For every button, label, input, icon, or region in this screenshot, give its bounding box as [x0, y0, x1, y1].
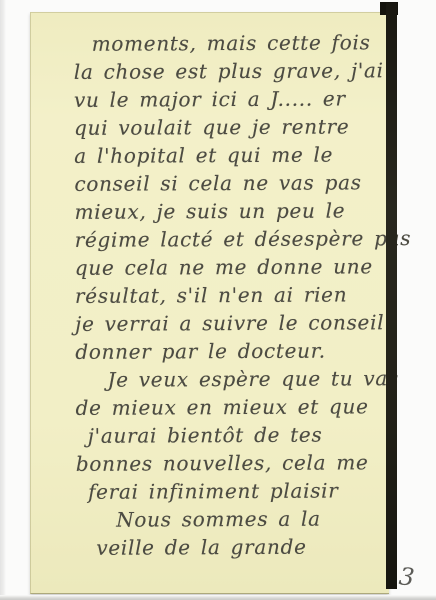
- letter-line: vu le major ici a J..... er: [74, 84, 410, 114]
- letter-line: ferai infiniment plaisir: [76, 476, 412, 506]
- letter-body: moments, mais cette fois la chose est pl…: [74, 28, 413, 562]
- letter-line: donner par le docteur.: [75, 336, 411, 366]
- letter-line: Nous sommes a la: [76, 504, 412, 534]
- letter-line: bonnes nouvelles, cela me: [76, 448, 412, 478]
- letter-line: a l'hopital et qui me le: [74, 140, 410, 170]
- letter-line: régime lacté et désespère pas: [75, 224, 411, 254]
- scanner-edge-left: [0, 0, 6, 600]
- letter-line: de mieux en mieux et que: [76, 392, 412, 422]
- letter-line: veille de la grande: [76, 532, 412, 562]
- letter-line: qui voulait que je rentre: [74, 112, 410, 142]
- letter-line: la chose est plus grave, j'ai: [74, 56, 410, 86]
- letter-line: mieux, je suis un peu le: [74, 196, 410, 226]
- letter-line: j'aurai bientôt de tes: [76, 420, 412, 450]
- letter-line: conseil si cela ne vas pas: [74, 168, 410, 198]
- scan-edge-shadow-strip: [386, 3, 397, 589]
- letter-line: je verrai a suivre le conseil: [75, 308, 411, 338]
- letter-line: Je veux espère que tu vas: [75, 364, 411, 394]
- page-number: 3: [398, 562, 416, 591]
- scanned-letter-page: moments, mais cette fois la chose est pl…: [0, 0, 436, 600]
- letter-paper: moments, mais cette fois la chose est pl…: [30, 12, 389, 594]
- scanner-edge-bottom: [0, 595, 436, 600]
- letter-line: que cela ne me donne une: [75, 252, 411, 282]
- letter-line: résultat, s'il n'en ai rien: [75, 280, 411, 310]
- letter-line: moments, mais cette fois: [74, 28, 410, 58]
